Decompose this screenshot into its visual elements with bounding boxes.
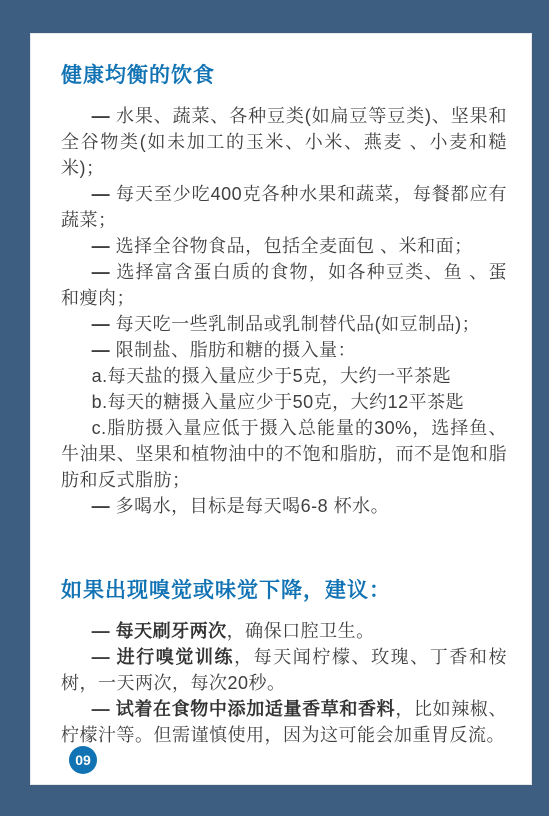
section-1: 健康均衡的饮食— 水果、蔬菜、各种豆类(如扁豆等豆类)、坚果和全谷物类(如未加工… xyxy=(61,62,507,519)
list-item: — 每天刷牙两次，确保口腔卫生。 xyxy=(61,618,507,644)
item-bold-lead: 试着在食物中添加适量香草和香料 xyxy=(116,699,396,719)
list-item: — 水果、蔬菜、各种豆类(如扁豆等豆类)、坚果和全谷物类(如未加工的玉米、小米、… xyxy=(61,103,507,181)
list-item: — 每天至少吃400克各种水果和蔬菜，每餐都应有蔬菜； xyxy=(61,181,507,233)
section-2: 如果出现嗅觉或味觉下降，建议：— 每天刷牙两次，确保口腔卫生。— 进行嗅觉训练，… xyxy=(61,577,507,748)
list-marker: — xyxy=(92,106,116,126)
booklet-page: 健康均衡的饮食— 水果、蔬菜、各种豆类(如扁豆等豆类)、坚果和全谷物类(如未加工… xyxy=(0,0,549,816)
list-marker: — xyxy=(92,262,117,282)
list-item: — 试着在食物中添加适量香草和香料，比如辣椒、柠檬汁等。但需谨慎使用，因为这可能… xyxy=(61,696,507,748)
item-bold-lead: 每天刷牙两次 xyxy=(116,621,227,641)
content-panel: 健康均衡的饮食— 水果、蔬菜、各种豆类(如扁豆等豆类)、坚果和全谷物类(如未加工… xyxy=(30,33,532,785)
page-number-badge: 09 xyxy=(69,746,97,774)
list-marker: — xyxy=(92,699,116,719)
list-marker: — xyxy=(92,236,116,256)
list-item: b.每天的糖摄入量应少于50克，大约12平茶匙 xyxy=(61,389,507,415)
list-item: — 选择富含蛋白质的食物，如各种豆类、鱼 、蛋和瘦肉； xyxy=(61,259,507,311)
section-heading: 健康均衡的饮食 xyxy=(61,62,507,90)
list-marker: — xyxy=(92,647,117,667)
list-item: a.每天盐的摄入量应少于5克，大约一平茶匙 xyxy=(61,363,507,389)
page-number: 09 xyxy=(75,752,91,768)
list-marker: — xyxy=(92,184,116,204)
list-item: — 多喝水，目标是每天喝6-8 杯水。 xyxy=(61,493,507,519)
list-marker: b. xyxy=(92,392,108,412)
list-item: — 限制盐、脂肪和糖的摄入量： xyxy=(61,337,507,363)
list-marker: — xyxy=(92,340,116,360)
list-marker: — xyxy=(92,314,116,334)
item-bold-lead: 进行嗅觉训练 xyxy=(117,647,234,667)
list-item: c.脂肪摄入量应低于摄入总能量的30%，选择鱼、牛油果、坚果和植物油中的不饱和脂… xyxy=(61,415,507,493)
list-marker: — xyxy=(92,621,116,641)
list-item: — 进行嗅觉训练，每天闻柠檬、玫瑰、丁香和桉树，一天两次，每次20秒。 xyxy=(61,644,507,696)
list-marker: a. xyxy=(92,366,108,386)
sections-container: 健康均衡的饮食— 水果、蔬菜、各种豆类(如扁豆等豆类)、坚果和全谷物类(如未加工… xyxy=(61,62,507,748)
list-item: — 选择全谷物食品，包括全麦面包 、米和面； xyxy=(61,233,507,259)
list-marker: — xyxy=(92,496,116,516)
list-marker: c. xyxy=(92,418,107,438)
section-heading: 如果出现嗅觉或味觉下降，建议： xyxy=(61,577,507,605)
list-item: — 每天吃一些乳制品或乳制替代品(如豆制品)； xyxy=(61,311,507,337)
